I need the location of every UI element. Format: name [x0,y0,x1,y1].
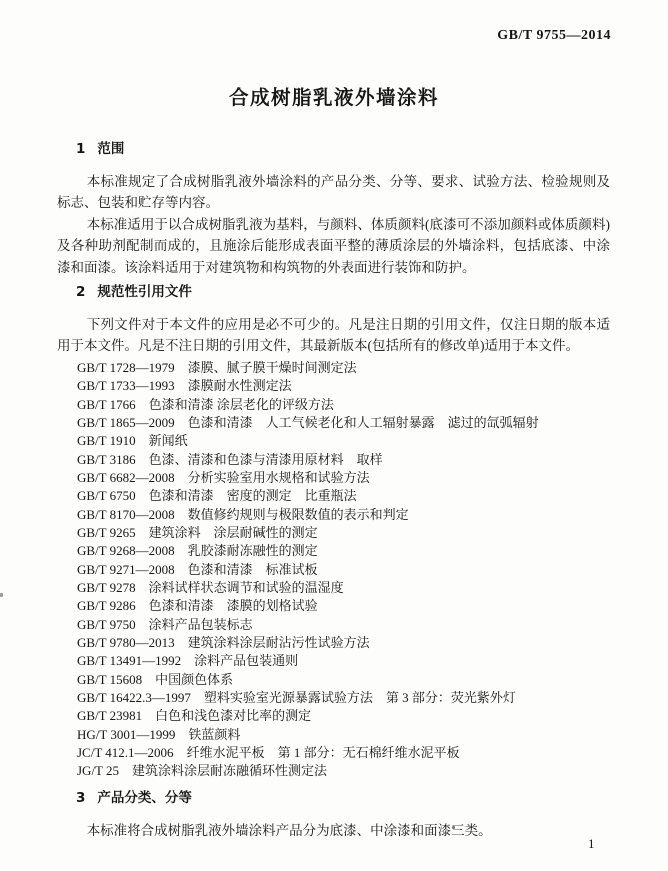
document-page: GB/T 9755—2014 合成树脂乳液外墙涂料 1范围 本标准规定了合成树脂… [0,0,668,871]
reference-item: JC/T 412.1—2006纤维水泥平板 第 1 部分：无石棉纤维水泥平板 [77,744,610,762]
reference-code: GB/T 6682—2008 [77,470,175,485]
section-1-paragraph-2: 本标准适用于以合成树脂乳液为基料，与颜料、体质颜料(底漆可不添加颜料或体质颜料)… [57,214,610,278]
reference-code: GB/T 6750 [77,488,136,503]
reference-list: GB/T 1728—1979漆膜、腻子膜干燥时间测定法GB/T 1733—199… [77,359,610,781]
reference-code: GB/T 9278 [77,580,136,595]
reference-title: 涂料产品包装标志 [149,617,253,632]
section-2-title: 规范性引用文件 [97,284,192,300]
reference-code: GB/T 15608 [77,672,142,687]
reference-item: GB/T 9750涂料产品包装标志 [77,616,610,634]
reference-title: 新闻纸 [149,433,188,448]
reference-code: GB/T 1728—1979 [77,360,175,375]
section-1-title: 范围 [97,141,124,157]
reference-code: GB/T 9780—2013 [77,635,175,650]
reference-title: 漆膜、腻子膜干燥时间测定法 [188,360,357,375]
section-1-number: 1 [76,141,85,157]
reference-title: 建筑涂料涂层耐冻融循环性测定法 [132,763,327,778]
reference-item: GB/T 9265建筑涂料 涂层耐碱性的测定 [77,524,610,542]
reference-code: GB/T 8170—2008 [77,507,175,522]
reference-item: GB/T 3186色漆、清漆和色漆与清漆用原材料 取样 [77,451,610,469]
reference-title: 色漆和清漆 密度的测定 比重瓶法 [149,488,357,503]
section-3-heading: 3产品分类、分等 [76,790,610,806]
reference-code: GB/T 23981 [77,708,142,723]
reference-code: GB/T 3186 [77,452,136,467]
reference-code: GB/T 1865—2009 [77,415,175,430]
reference-item: GB/T 1865—2009色漆和清漆 人工气候老化和人工辐射暴露 滤过的氙弧辐… [77,414,610,432]
reference-code: GB/T 1733—1993 [77,378,175,393]
reference-title: 中国颜色体系 [155,672,233,687]
reference-title: 乳胶漆耐冻融性的测定 [188,543,318,558]
reference-item: GB/T 1910新闻纸 [77,432,610,450]
reference-item: GB/T 1733—1993漆膜耐水性测定法 [77,377,610,395]
reference-item: GB/T 15608中国颜色体系 [77,671,610,689]
reference-item: GB/T 1766色漆和清漆 涂层老化的评级方法 [77,396,610,414]
section-3-paragraph-1: 本标准将合成树脂乳液外墙涂料产品分为底漆、中涂漆和面漆三类。 [57,820,610,841]
reference-title: 色漆、清漆和色漆与清漆用原材料 取样 [149,452,383,467]
reference-item: JG/T 25建筑涂料涂层耐冻融循环性测定法 [77,762,610,780]
reference-item: GB/T 9780—2013建筑涂料涂层耐沾污性试验方法 [77,634,610,652]
reference-code: GB/T 9750 [77,617,136,632]
reference-item: GB/T 9278涂料试样状态调节和试验的温湿度 [77,579,610,597]
reference-code: GB/T 16422.3—1997 [77,690,191,705]
reference-item: GB/T 6750色漆和清漆 密度的测定 比重瓶法 [77,487,610,505]
reference-title: 色漆和清漆 涂层老化的评级方法 [149,397,334,412]
reference-title: 建筑涂料 涂层耐碱性的测定 [149,525,318,540]
reference-item: GB/T 6682—2008分析实验室用水规格和试验方法 [77,469,610,487]
reference-code: JG/T 25 [77,763,119,778]
reference-item: GB/T 16422.3—1997塑料实验室光源暴露试验方法 第 3 部分：荧光… [77,689,610,707]
reference-item: GB/T 1728—1979漆膜、腻子膜干燥时间测定法 [77,359,610,377]
reference-title: 涂料试样状态调节和试验的温湿度 [149,580,344,595]
reference-title: 漆膜耐水性测定法 [188,378,292,393]
section-1-paragraph-1: 本标准规定了合成树脂乳液外墙涂料的产品分类、分等、要求、试验方法、检验规则及标志… [57,171,610,214]
section-1-heading: 1范围 [76,141,610,157]
reference-item: GB/T 9286色漆和清漆 漆膜的划格试验 [77,597,610,615]
reference-title: 纤维水泥平板 第 1 部分：无石棉纤维水泥平板 [187,745,460,760]
section-2-intro: 下列文件对于本文件的应用是必不可少的。凡是注日期的引用文件，仅注日期的版本适用于… [57,314,610,357]
reference-code: JC/T 412.1—2006 [77,745,174,760]
reference-code: GB/T 1766 [77,397,136,412]
section-2-number: 2 [76,284,85,300]
reference-title: 建筑涂料涂层耐沾污性试验方法 [188,635,370,650]
reference-item: GB/T 9268—2008乳胶漆耐冻融性的测定 [77,542,610,560]
reference-title: 涂料产品包装通则 [194,653,298,668]
page-number: 1 [588,836,595,852]
reference-item: GB/T 8170—2008数值修约规则与极限数值的表示和判定 [77,506,610,524]
reference-title: 色漆和清漆 标准试板 [188,562,318,577]
reference-code: GB/T 9271—2008 [77,562,175,577]
reference-title: 白色和浅色漆对比率的测定 [155,708,311,723]
reference-title: 分析实验室用水规格和试验方法 [188,470,370,485]
reference-item: GB/T 9271—2008色漆和清漆 标准试板 [77,561,610,579]
scan-artifact [0,593,3,597]
section-2-heading: 2规范性引用文件 [76,284,610,300]
reference-code: GB/T 13491—1992 [77,653,181,668]
reference-code: HG/T 3001—1999 [77,727,175,742]
document-content: 1范围 本标准规定了合成树脂乳液外墙涂料的产品分类、分等、要求、试验方法、检验规… [57,141,610,841]
reference-item: GB/T 13491—1992涂料产品包装通则 [77,652,610,670]
reference-title: 色漆和清漆 人工气候老化和人工辐射暴露 滤过的氙弧辐射 [188,415,539,430]
scan-artifact [452,826,455,829]
reference-item: GB/T 23981白色和浅色漆对比率的测定 [77,707,610,725]
reference-title: 数值修约规则与极限数值的表示和判定 [188,507,409,522]
reference-code: GB/T 9286 [77,598,136,613]
section-3-title: 产品分类、分等 [97,790,192,806]
reference-title: 色漆和清漆 漆膜的划格试验 [149,598,318,613]
document-title: 合成树脂乳液外墙涂料 [0,82,668,110]
reference-item: HG/T 3001—1999铁蓝颜料 [77,726,610,744]
reference-code: GB/T 9268—2008 [77,543,175,558]
reference-code: GB/T 9265 [77,525,136,540]
reference-title: 铁蓝颜料 [188,727,240,742]
reference-code: GB/T 1910 [77,433,136,448]
section-3-number: 3 [76,790,85,806]
reference-title: 塑料实验室光源暴露试验方法 第 3 部分：荧光紫外灯 [204,690,516,705]
standard-number: GB/T 9755—2014 [497,28,611,44]
